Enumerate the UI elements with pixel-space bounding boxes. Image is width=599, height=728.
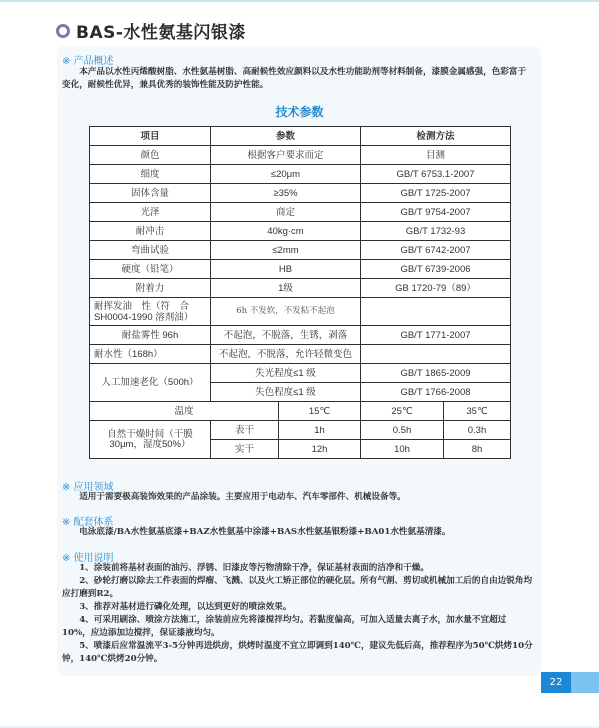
cell-param: 不起泡，不脱落，生锈，剥落	[211, 326, 361, 345]
cell-method: GB/T 1766-2008	[361, 383, 511, 402]
cell-item: 固体含量	[90, 184, 211, 203]
cell-dry-value: 0.3h	[444, 421, 511, 440]
cell-dry-label: 实干	[211, 440, 279, 459]
cell-method: GB/T 6739-2006	[361, 260, 511, 279]
cell-param: 根据客户要求而定	[211, 146, 361, 165]
table-header-row: 项目 参数 检测方法	[90, 127, 511, 146]
table-row: 耐盐雾性 96h 不起泡，不脱落，生锈，剥落 GB/T 1771-2007	[90, 326, 511, 345]
overview-heading: ※ 产品概述	[62, 52, 114, 67]
cell-dry-value: 0.5h	[361, 421, 444, 440]
cell-item: 耐挥发油 性（符 合SH0004-1990 溶剂油）	[90, 298, 211, 326]
tech-params-title: 技术参数	[0, 103, 599, 120]
cell-item: 光泽	[90, 203, 211, 222]
cell-item: 颜色	[90, 146, 211, 165]
cell-item: 人工加速老化（500h）	[90, 364, 211, 402]
cell-method: GB/T 6742-2007	[361, 241, 511, 260]
cell-param: ≤2mm	[211, 241, 361, 260]
cell-item: 弯曲试验	[90, 241, 211, 260]
cell-temp: 35℃	[444, 402, 511, 421]
cell-dry-value: 10h	[361, 440, 444, 459]
cell-temp-label: 温度	[90, 402, 279, 421]
usage-item: 3、推荐对基材进行磷化处理，以达到更好的喷涂效果。	[62, 601, 534, 614]
usage-list: 1、涂装前将基材表面的油污、浮锈、旧漆皮等污物清除干净，保证基材表面的洁净和干燥…	[62, 562, 534, 666]
table-row: 弯曲试验 ≤2mm GB/T 6742-2007	[90, 241, 511, 260]
cell-param: 40kg·cm	[211, 222, 361, 241]
cell-method	[361, 345, 511, 364]
application-text: 适用于需要极高装饰效果的产品涂装。主要应用于电动车、汽车零部件、机械设备等。	[62, 491, 534, 504]
cell-method: GB/T 1732-93	[361, 222, 511, 241]
overview-text: 本产品以水性丙烯酸树脂、水性氨基树脂、高耐候性效应颜料以及水性功能助剂等材料制备…	[62, 66, 534, 92]
cell-item: 耐水性（168h）	[90, 345, 211, 364]
table-row: 耐水性（168h） 不起泡，不脱落，允许轻微变色	[90, 345, 511, 364]
table-row: 附着力 1级 GB 1720-79（89）	[90, 279, 511, 298]
cell-item: 耐冲击	[90, 222, 211, 241]
cell-method: 目测	[361, 146, 511, 165]
cell-item: 细度	[90, 165, 211, 184]
cell-param: 不起泡，不脱落，允许轻微变色	[211, 345, 361, 364]
tech-params-table: 项目 参数 检测方法 颜色 根据客户要求而定 目测 细度 ≤20μm GB/T …	[89, 126, 511, 459]
table-row: 光泽 商定 GB/T 9754-2007	[90, 203, 511, 222]
page-header: BAS-水性氨基闪银漆	[56, 18, 246, 43]
cell-method: GB/T 1771-2007	[361, 326, 511, 345]
table-row: 耐冲击 40kg·cm GB/T 1732-93	[90, 222, 511, 241]
cell-param: 6h 不发软，不发粘不起泡	[211, 298, 361, 326]
cell-method: GB 1720-79（89）	[361, 279, 511, 298]
cell-item: 自然干燥时间（干膜 30μm，湿度50%）	[90, 421, 211, 459]
cell-param: 1级	[211, 279, 361, 298]
header-param: 参数	[211, 127, 361, 146]
cell-item: 耐盐雾性 96h	[90, 326, 211, 345]
cell-temp: 15℃	[279, 402, 361, 421]
cell-param: HB	[211, 260, 361, 279]
table-row-temperature: 温度 15℃ 25℃ 35℃	[90, 402, 511, 421]
cell-method: GB/T 1865-2009	[361, 364, 511, 383]
circle-bullet-icon	[56, 24, 70, 38]
table-row-drying: 自然干燥时间（干膜 30μm，湿度50%） 表干 1h 0.5h 0.3h	[90, 421, 511, 440]
system-text: 电泳底漆/BA水性氨基底漆+BAZ水性氨基中涂漆+BAS水性氨基银粉漆+BA01…	[62, 526, 534, 539]
cell-temp: 25℃	[361, 402, 444, 421]
page-tab-decoration	[571, 672, 599, 693]
cell-method	[361, 298, 511, 326]
cell-param: 失光程度≤1 级	[211, 364, 361, 383]
cell-method: GB/T 9754-2007	[361, 203, 511, 222]
cell-param: 失色程度≤1 级	[211, 383, 361, 402]
table-row: 耐挥发油 性（符 合SH0004-1990 溶剂油） 6h 不发软，不发粘不起泡	[90, 298, 511, 326]
cell-param: ≤20μm	[211, 165, 361, 184]
table-row-aging: 人工加速老化（500h） 失光程度≤1 级 GB/T 1865-2009	[90, 364, 511, 383]
page-number: 22	[541, 672, 571, 693]
system-paragraph: 电泳底漆/BA水性氨基底漆+BAZ水性氨基中涂漆+BAS水性氨基银粉漆+BA01…	[62, 526, 534, 539]
top-border	[0, 0, 599, 2]
usage-item: 5、喷漆后应常温流平3-5分钟再进烘房，烘烤时温度不宜立即调到140℃，建议先低…	[62, 640, 534, 666]
table-row: 颜色 根据客户要求而定 目测	[90, 146, 511, 165]
usage-item: 4、可采用刷涂、喷涂方法施工，涂装前应先将漆搅拌均匀。若黏度偏高，可加入适量去离…	[62, 614, 534, 640]
header-item: 项目	[90, 127, 211, 146]
cell-item: 附着力	[90, 279, 211, 298]
table-row: 固体含量 ≥35% GB/T 1725-2007	[90, 184, 511, 203]
cell-dry-label: 表干	[211, 421, 279, 440]
cell-param: ≥35%	[211, 184, 361, 203]
cell-method: GB/T 6753.1-2007	[361, 165, 511, 184]
cell-dry-value: 1h	[279, 421, 361, 440]
cell-item: 硬度（铅笔）	[90, 260, 211, 279]
cell-method: GB/T 1725-2007	[361, 184, 511, 203]
cell-dry-value: 12h	[279, 440, 361, 459]
overview-paragraph: 本产品以水性丙烯酸树脂、水性氨基树脂、高耐候性效应颜料以及水性功能助剂等材料制备…	[62, 66, 534, 92]
cell-dry-value: 8h	[444, 440, 511, 459]
usage-item: 2、砂轮打磨以除去工件表面的焊瘤、飞溅、以及火工矫正部位的硬化层。所有气割、剪切…	[62, 575, 534, 601]
header-method: 检测方法	[361, 127, 511, 146]
table-row: 硬度（铅笔） HB GB/T 6739-2006	[90, 260, 511, 279]
usage-item: 1、涂装前将基材表面的油污、浮锈、旧漆皮等污物清除干净，保证基材表面的洁净和干燥…	[62, 562, 534, 575]
cell-param: 商定	[211, 203, 361, 222]
table-row: 细度 ≤20μm GB/T 6753.1-2007	[90, 165, 511, 184]
page-title: BAS-水性氨基闪银漆	[76, 18, 246, 43]
application-paragraph: 适用于需要极高装饰效果的产品涂装。主要应用于电动车、汽车零部件、机械设备等。	[62, 491, 534, 504]
